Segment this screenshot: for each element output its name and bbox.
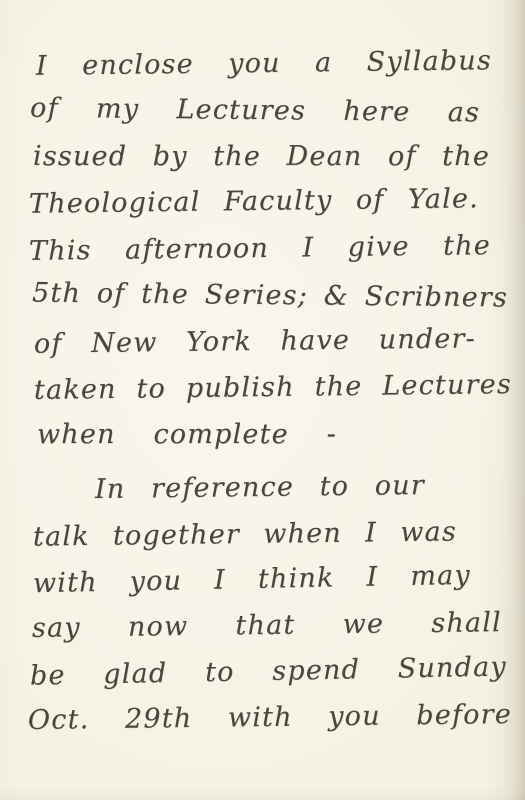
- letter-line-9: when complete -: [37, 419, 337, 463]
- letter-line-2: of my Lectures here as: [30, 93, 480, 142]
- letter-page: I enclose you a Syllabus of my Lectures …: [0, 0, 525, 800]
- letter-line-14: be glad to spend Sunday: [30, 651, 508, 704]
- letter-line-15: Oct. 29th with you before: [28, 699, 513, 749]
- letter-line-1: I enclose you a Syllabus: [36, 45, 493, 95]
- letter-line-4: Theological Faculty of Yale.: [29, 183, 480, 232]
- letter-line-13: say now that we shall: [32, 607, 503, 657]
- letter-line-10: In reference to our: [95, 470, 426, 518]
- letter-line-6: 5th of the Series; & Scribners: [32, 278, 508, 327]
- letter-line-11: talk together when I was: [33, 516, 458, 565]
- letter-line-3: issued by the Dean of the: [33, 141, 490, 185]
- letter-line-8: taken to publish the Lectures: [34, 369, 513, 419]
- letter-line-7: of New York have under-: [34, 323, 477, 372]
- letter-line-12: with you I think I may: [33, 560, 472, 612]
- page-edge-shadow-bottom: [0, 786, 525, 800]
- letter-line-5: This afternoon I give the: [29, 230, 492, 280]
